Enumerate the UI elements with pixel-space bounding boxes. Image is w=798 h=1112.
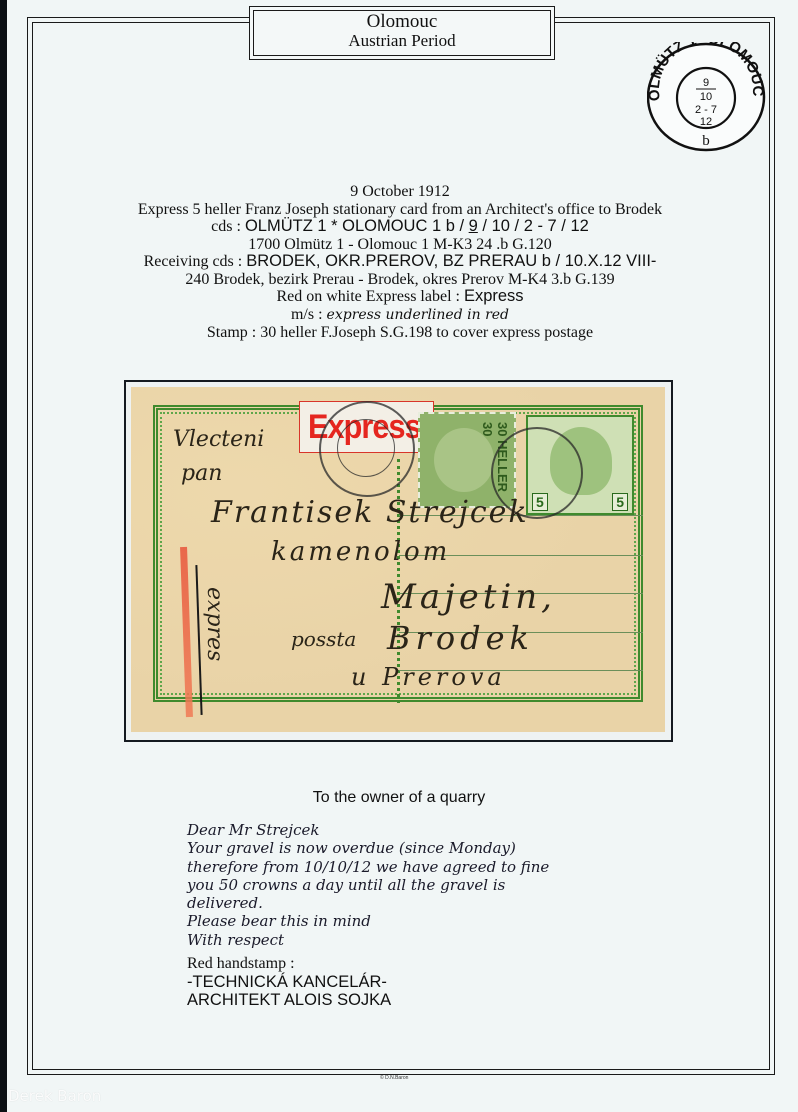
letter-line: you 50 crowns a day until all the gravel… bbox=[187, 876, 627, 894]
handwriting-post-town: Brodek bbox=[387, 619, 534, 657]
handwriting-salutation: Vlecteni bbox=[173, 427, 264, 452]
handwriting-place: Majetin, bbox=[381, 577, 556, 617]
title-box-inner-border bbox=[253, 10, 551, 56]
receiving-cancel-inner bbox=[337, 419, 395, 477]
handstamp-line: ARCHITEKT ALOIS SOJKA bbox=[187, 991, 391, 1009]
handwriting-occupation: kamenolom bbox=[271, 537, 450, 567]
description-label: Red on white Express label : Express bbox=[40, 288, 760, 306]
handwriting-post-prefix: possta bbox=[291, 627, 356, 651]
letter-line: therefore from 10/10/12 we have agreed t… bbox=[187, 858, 627, 876]
postmark-month: 10 bbox=[700, 91, 712, 103]
description-cds-ref: 1700 Olmütz 1 - Olomouc 1 M-K3 24 .b G.1… bbox=[40, 236, 760, 254]
handwriting-name: Frantisek Strejcek bbox=[211, 495, 529, 530]
description-manuscript: m/s : express underlined in red bbox=[40, 306, 760, 325]
handwriting-margin-note: expres bbox=[202, 587, 227, 661]
description-stamp: Stamp : 30 heller F.Joseph S.G.198 to co… bbox=[40, 324, 760, 342]
description-receiving-ref: 240 Brodek, bezirk Prerau - Brodek, okre… bbox=[40, 271, 760, 289]
postal-card-image: Express 30 HELLER 30 5 5 Vlecteni pan Fr… bbox=[131, 387, 665, 732]
author-watermark: Derek Baron bbox=[8, 1087, 101, 1105]
postmark-day: 9 bbox=[703, 77, 709, 89]
postmark-illustration: OLMÜTZ 1 *OLOMOUC 1 b 9 10 2 - 7 12 bbox=[647, 42, 767, 152]
letter-translation: Dear Mr Strejcek Your gravel is now over… bbox=[187, 821, 627, 949]
letter-line: Your gravel is now overdue (since Monday… bbox=[187, 839, 627, 857]
handwriting-salutation-2: pan bbox=[181, 461, 222, 486]
letter-line: Please bear this in mind bbox=[187, 912, 627, 930]
letter-line: delivered. bbox=[187, 894, 627, 912]
letter-line: With respect bbox=[187, 931, 627, 949]
postmark-letter: b bbox=[702, 133, 710, 149]
handwriting-region: u Prerova bbox=[351, 663, 506, 691]
description-summary: Express 5 heller Franz Joseph stationary… bbox=[40, 201, 760, 219]
handstamp-text: -TECHNICKÁ KANCELÁR- ARCHITEKT ALOIS SOJ… bbox=[187, 973, 391, 1009]
description-date: 9 October 1912 bbox=[40, 183, 760, 201]
handstamp-line: -TECHNICKÁ KANCELÁR- bbox=[187, 973, 391, 991]
postmark-year: 12 bbox=[700, 116, 712, 128]
letter-heading: To the owner of a quarry bbox=[0, 789, 798, 807]
description-cds: cds : OLMÜTZ 1 * OLOMOUC 1 b / 9 / 10 / … bbox=[40, 218, 760, 236]
scan-edge bbox=[0, 0, 7, 1112]
letter-line: Dear Mr Strejcek bbox=[187, 821, 627, 839]
handstamp-label: Red handstamp : bbox=[187, 955, 295, 973]
page-title-box: Olomouc Austrian Period bbox=[249, 6, 555, 60]
copyright-notice: © D.N.Baron bbox=[380, 1075, 408, 1081]
item-description: 9 October 1912 Express 5 heller Franz Jo… bbox=[40, 183, 760, 342]
postmark-time: 2 - 7 bbox=[695, 104, 717, 116]
description-receiving: Receiving cds : BRODEK, OKR.PREROV, BZ P… bbox=[40, 253, 760, 271]
